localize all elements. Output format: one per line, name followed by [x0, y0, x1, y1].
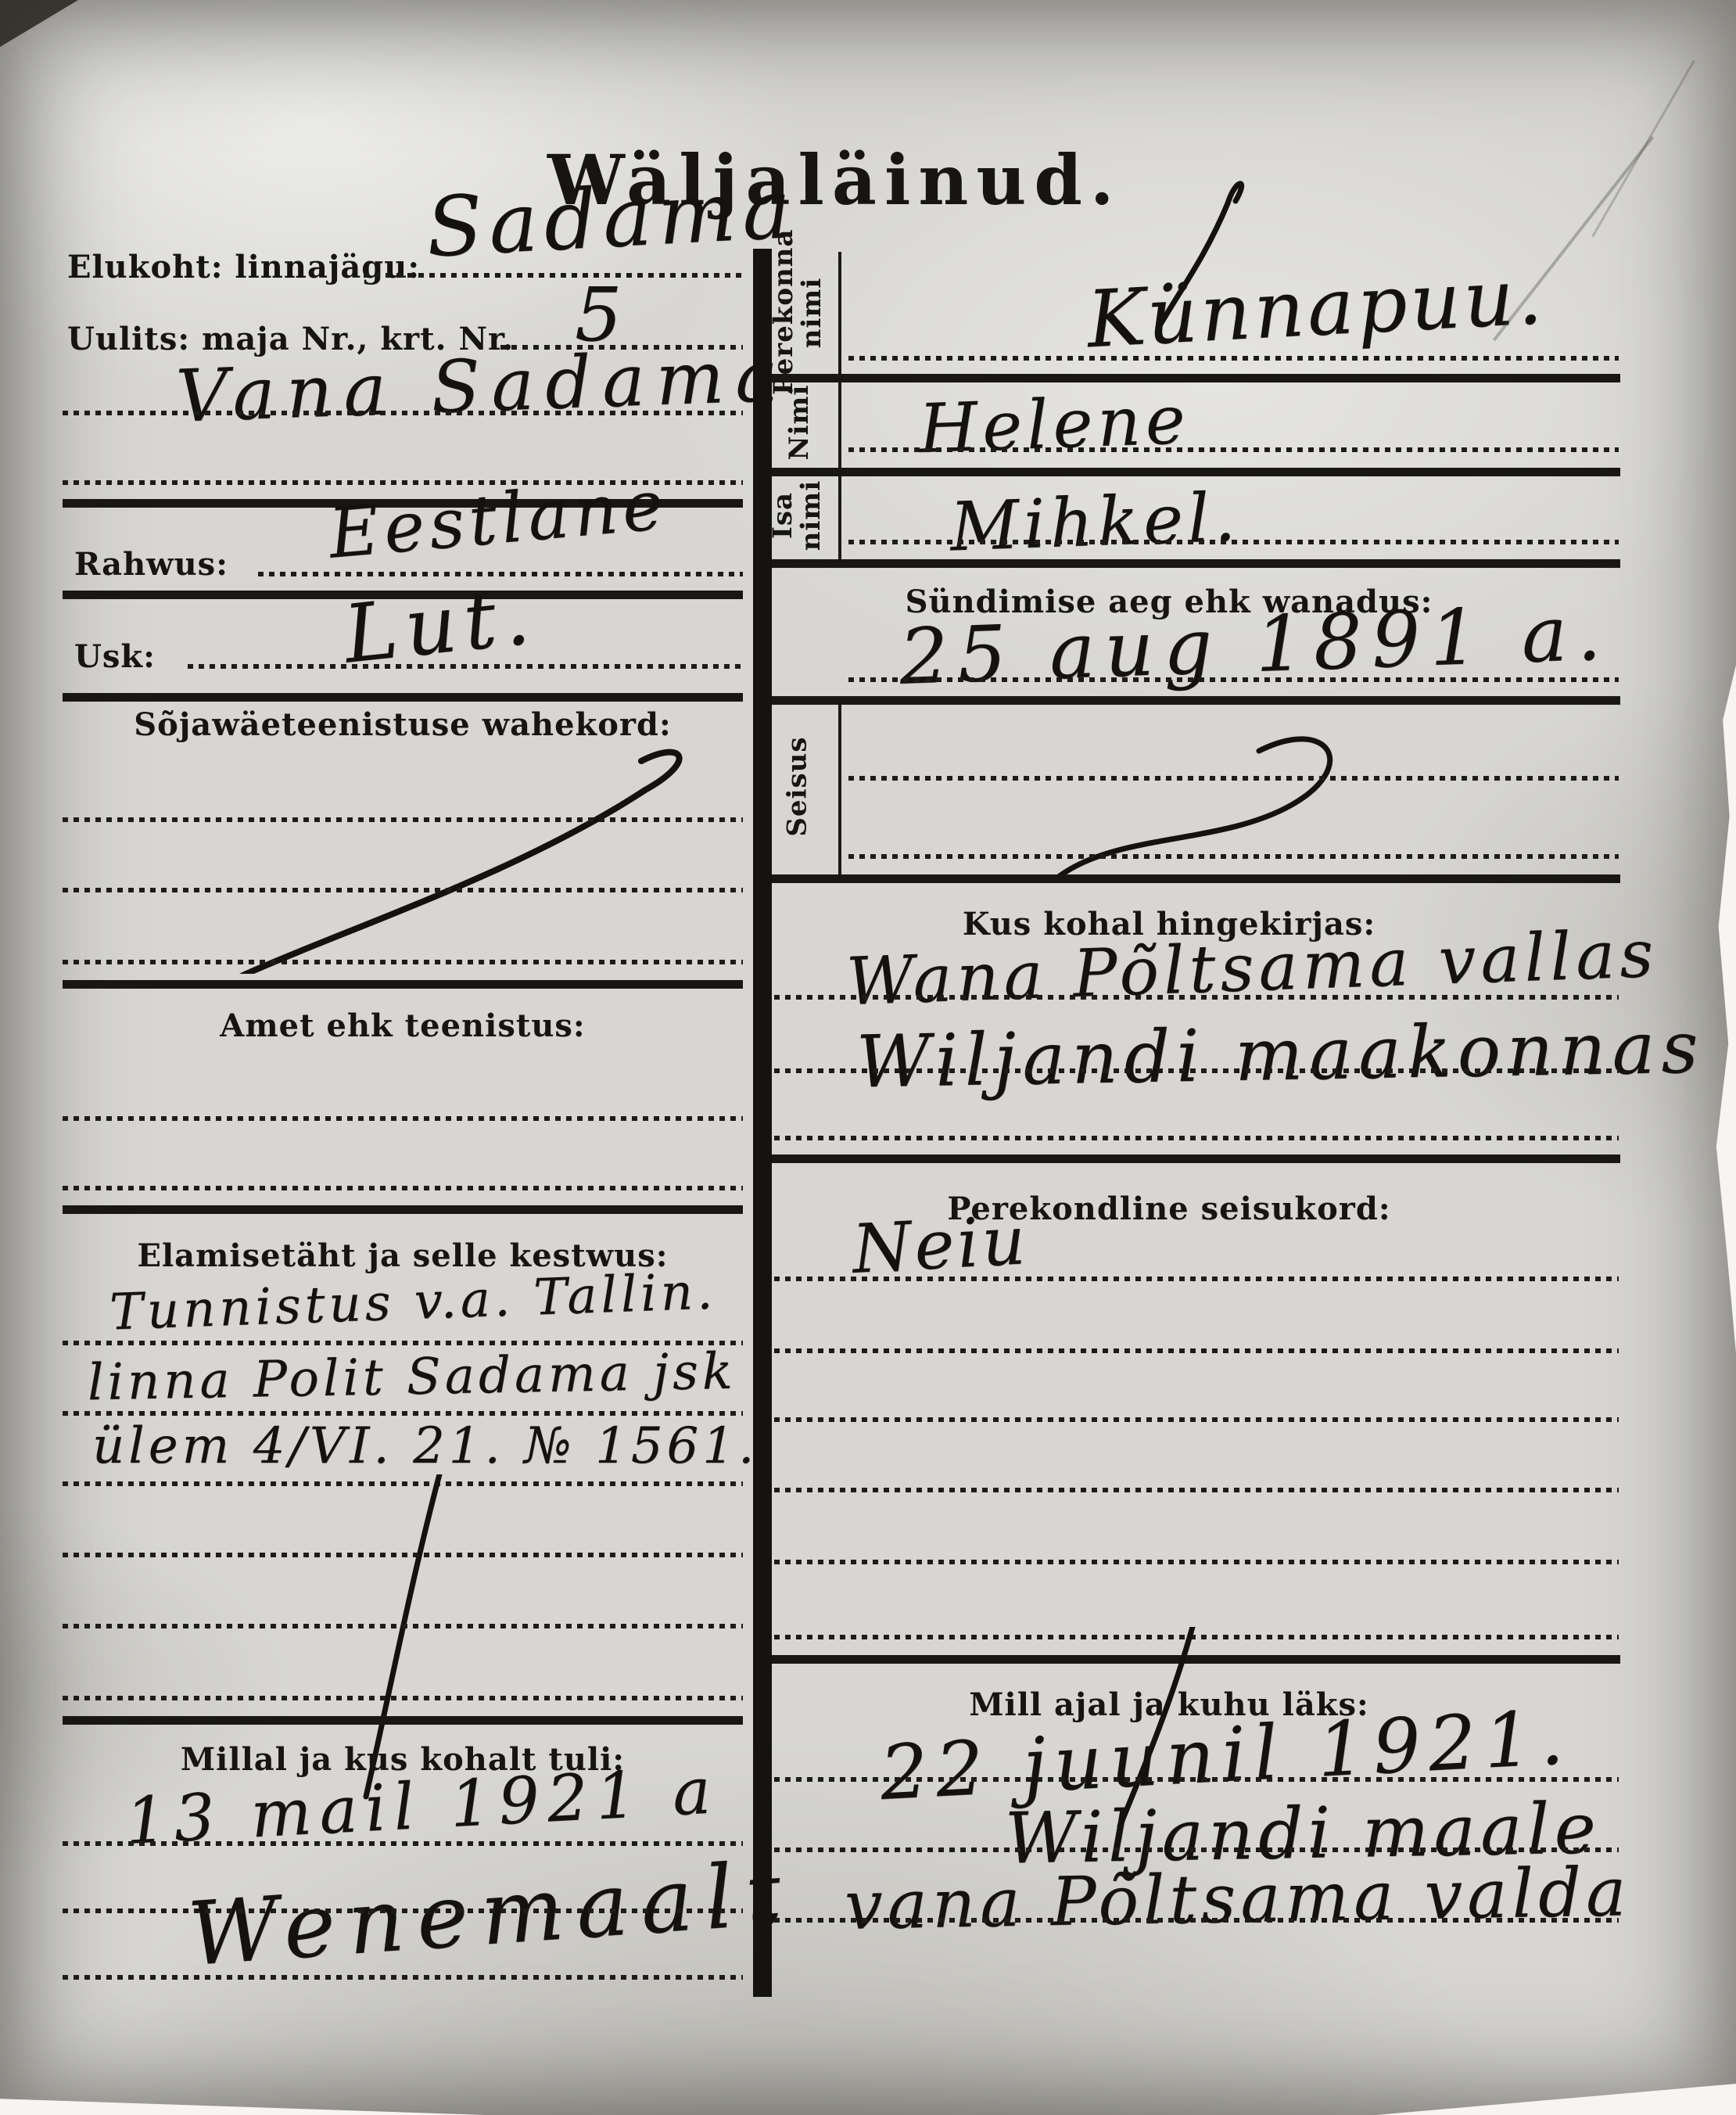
military-line — [63, 888, 743, 892]
blank-line-b — [63, 1553, 743, 1557]
section-rule — [772, 559, 1620, 568]
scan-crease — [1493, 136, 1654, 342]
blank-line-b — [63, 1696, 743, 1700]
parish-register-line — [774, 995, 1619, 1000]
surname-side-label: Perekonna nimi — [770, 231, 841, 395]
departure-handwriting-3: vana Põltsama valda — [844, 1853, 1631, 1945]
blank-line-b — [63, 1624, 743, 1628]
military-line — [63, 817, 743, 822]
family-status-line — [774, 1560, 1619, 1564]
residence-permit-line — [63, 1411, 743, 1416]
elukoht-line — [364, 273, 743, 278]
residence-permit-handwriting-2: linna Polit Sadama jsk — [87, 1343, 737, 1412]
section-rule — [63, 1716, 743, 1725]
occupation-line — [63, 1186, 743, 1190]
occupation-line — [63, 1116, 743, 1121]
usk-line — [188, 664, 743, 669]
departure-line — [774, 1918, 1619, 1923]
arrival-handwriting-2: Wenemaalt — [185, 1842, 796, 1986]
father-name-handwriting: Mihkel. — [949, 479, 1241, 567]
section-rule — [63, 693, 743, 702]
family-status-line — [774, 1277, 1619, 1281]
usk-label: Usk: — [74, 638, 156, 675]
military-line — [63, 960, 743, 964]
arrival-line — [63, 1909, 743, 1913]
family-status-line — [774, 1417, 1619, 1422]
section-rule — [772, 468, 1620, 476]
scan-crease — [1591, 60, 1695, 238]
section-rule — [63, 1205, 743, 1214]
parish-register-line — [774, 1136, 1619, 1140]
family-status-line — [774, 1488, 1619, 1492]
father-name-line — [848, 540, 1619, 544]
first-name-handwriting: Helene — [917, 381, 1191, 469]
address-line — [63, 411, 743, 415]
parish-register-line — [774, 1068, 1619, 1073]
parish-register-handwriting-2: Wiljandi maakonnas — [855, 1006, 1705, 1104]
residence-permit-handwriting-3: ülem 4/VI. 21. № 1561. — [92, 1417, 758, 1475]
military-flourish-stroke — [94, 739, 704, 974]
elukoht-label: Elukoht: linnajägu: — [67, 249, 420, 285]
elukoht-handwriting: Sadama — [424, 161, 799, 276]
status-line — [848, 776, 1619, 781]
section-rule — [772, 874, 1620, 883]
first-name-line — [848, 447, 1619, 452]
first-name-side-label: Nimi — [786, 375, 825, 469]
arrival-line — [63, 1841, 743, 1846]
status-line — [848, 854, 1619, 859]
paper-edge-bottom-right — [1376, 2084, 1736, 2115]
scan-corner-shadow — [0, 0, 78, 47]
military-heading: Sõjawäeteenistuse wahekord: — [63, 706, 743, 743]
arrival-line — [63, 1975, 743, 1980]
departure-line — [774, 1847, 1619, 1852]
occupation-heading: Amet ehk teenistus: — [63, 1007, 743, 1044]
paper-edge-bottom-left — [0, 2095, 485, 2115]
label-gutter-line — [838, 698, 841, 876]
departure-line — [774, 1777, 1619, 1782]
father-name-side-label: Isa nimi — [769, 469, 841, 562]
section-rule — [63, 980, 743, 989]
birth-line — [848, 677, 1619, 682]
status-side-label: Seisus — [784, 701, 827, 873]
residence-permit-handwriting-1: Tunnistus v.a. Tallin. — [109, 1262, 717, 1341]
emigration-form-scan: Wäljaläinud. Elukoht: linnajägu: Sadama … — [0, 0, 1736, 2115]
family-status-line — [774, 1348, 1619, 1353]
section-rule — [772, 374, 1620, 382]
rahwus-label: Rahwus: — [74, 546, 228, 583]
section-rule — [772, 696, 1620, 705]
section-rule — [772, 1154, 1620, 1163]
surname-line — [848, 356, 1619, 361]
paper-tear-edge — [1714, 665, 1736, 1353]
